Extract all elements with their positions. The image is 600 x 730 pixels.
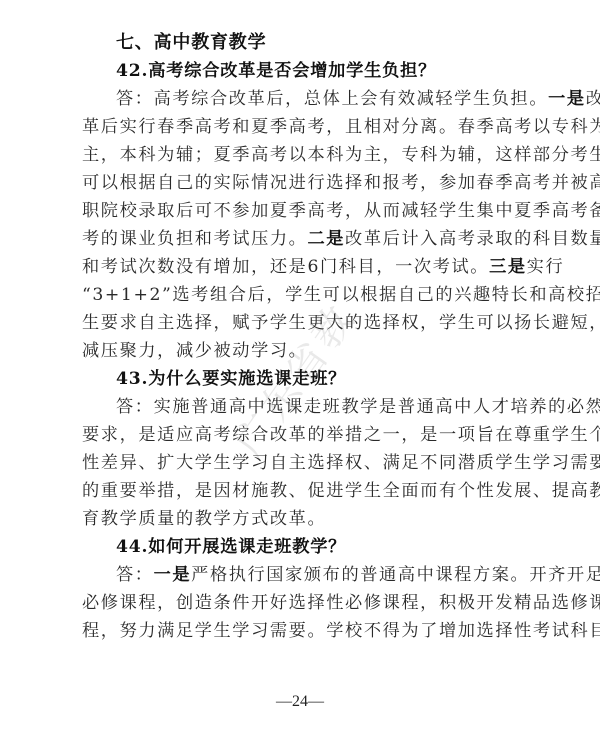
answer-line: 和考试次数没有增加，还是6门科目，一次考试。三是实行 [82, 253, 526, 281]
answer-line: 答：一是严格执行国家颁布的普通高中课程方案。开齐开足 [116, 561, 526, 589]
answer-line: 程，努力满足学生学习需要。学校不得为了增加选择性考试科目 [82, 617, 526, 645]
answer-line: 可以根据自己的实际情况进行选择和报考，参加春季高考并被高 [82, 169, 526, 197]
section-title: 七、高中教育教学 [116, 29, 560, 57]
answer-line: 答：高考综合改革后，总体上会有效减轻学生负担。一是改 [116, 85, 526, 113]
document-page: 广东省教 七、高中教育教学 42.高考综合改革是否会增加学生负担？ 答：高考综合… [0, 0, 600, 730]
answer-line: 育教学质量的教学方式改革。 [82, 505, 526, 533]
answer-line: 生要求自主选择，赋予学生更大的选择权，学生可以扬长避短， [82, 309, 526, 337]
answer-line: 革后实行春季高考和夏季高考，且相对分离。春季高考以专科为 [82, 113, 526, 141]
question-42-title: 42.高考综合改革是否会增加学生负担？ [116, 57, 560, 85]
question-43-title: 43.为什么要实施选课走班？ [116, 365, 560, 393]
answer-line: 的重要举措，是因材施教、促进学生全面而有个性发展、提高教 [82, 477, 526, 505]
answer-line: 答：实施普通高中选课走班教学是普通高中人才培养的必然 [116, 393, 526, 421]
question-44-title: 44.如何开展选课走班教学？ [116, 533, 560, 561]
answer-line: 考的课业负担和考试压力。二是改革后计入高考录取的科目数量 [82, 225, 526, 253]
answer-line: 性差异、扩大学生学习自主选择权、满足不同潜质学生学习需要 [82, 449, 526, 477]
answer-line: 减压聚力，减少被动学习。 [82, 337, 526, 365]
answer-line: 必修课程，创造条件开好选择性必修课程，积极开发精品选修课 [82, 589, 526, 617]
page-number: —24— [0, 693, 600, 711]
answer-line: 主，本科为辅；夏季高考以本科为主，专科为辅，这样部分考生 [82, 141, 526, 169]
answer-line: “3+1+2”选考组合后，学生可以根据自己的兴趣特长和高校招 [82, 281, 526, 309]
answer-line: 要求，是适应高考综合改革的举措之一，是一项旨在尊重学生个 [82, 421, 526, 449]
answer-line: 职院校录取后可不参加夏季高考，从而减轻学生集中夏季高考备 [82, 197, 526, 225]
